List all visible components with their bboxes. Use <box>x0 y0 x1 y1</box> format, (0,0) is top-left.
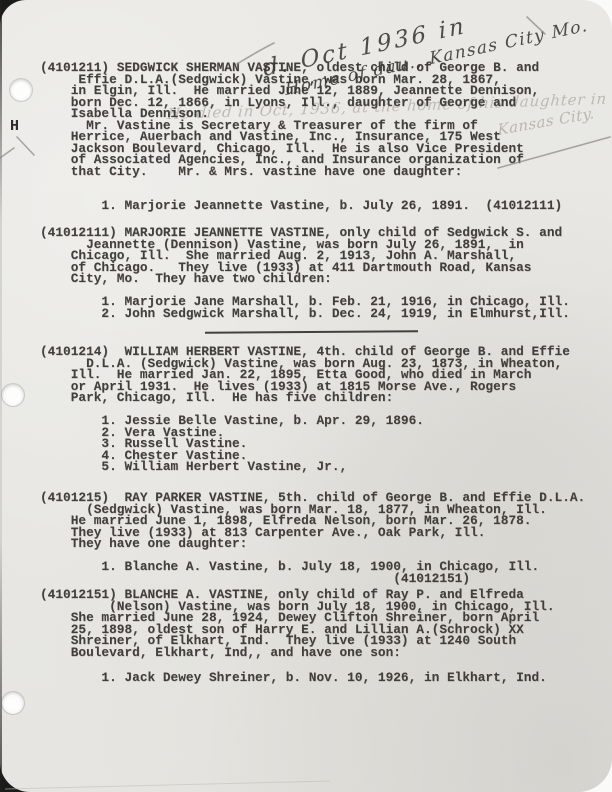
punch-hole-middle <box>2 384 24 406</box>
margin-letter-h: H <box>10 119 19 134</box>
scanned-page: d. Oct 1936 in Home of dau., Kansas City… <box>0 0 612 792</box>
punch-hole-top <box>10 79 32 101</box>
entry-4101214-william-herbert-vastine: (4101214) WILLIAM HERBERT VASTINE, 4th. … <box>40 346 570 473</box>
entry-41012151-blanche-a-vastine: (41012151) BLANCHE A. VASTINE, only chil… <box>40 589 555 658</box>
entry-4101211-sedgwick-sherman-vastine: (4101211) SEDGWICK SHERMAN VASTINE, olde… <box>40 62 562 212</box>
entry-41012151-children-list: 1. Jack Dewey Shreiner, b. Nov. 10, 1926… <box>40 672 547 684</box>
punch-hole-bottom <box>2 692 24 714</box>
entry-41012111-marjorie-jeannette-vastine: (41012111) MARJORIE JEANNETTE VASTINE, o… <box>40 227 570 319</box>
entry-4101215-ray-parker-vastine: (4101215) RAY PARKER VASTINE, 5th. child… <box>40 492 585 584</box>
